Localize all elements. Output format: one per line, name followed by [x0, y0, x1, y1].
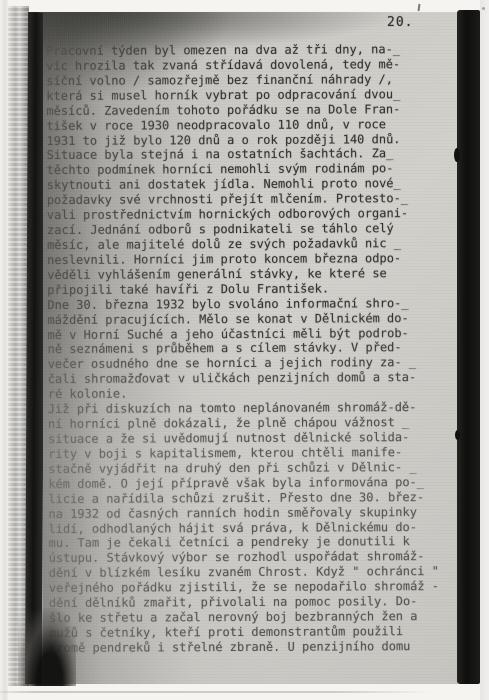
scan-left-edge — [0, 0, 8, 700]
text-line-4: která si musel horník vybrat po odpracov… — [46, 87, 450, 104]
page-surface: 20. Pracovní týden byl omezen na dva až … — [43, 12, 458, 684]
scan-artifact-tick — [418, 4, 421, 11]
page-number: 20. — [387, 15, 413, 30]
text-line-29: stačně vyjádřit na druhý den při schůzi … — [48, 460, 452, 477]
left-black-band — [25, 12, 45, 684]
text-line-19: máždění pracujících. Mělo se konat v Děl… — [47, 310, 451, 327]
scanned-document-page: 20. Pracovní týden byl omezen na dva až … — [0, 0, 489, 700]
text-line-23: čali shromažďovat v uličkách penzijních … — [48, 370, 452, 387]
text-line-31: licie a nařídila schůzi zrušit. Přesto d… — [48, 490, 452, 507]
scan-artifact-speck — [482, 7, 485, 10]
text-line-32: na 1932 od časných ranních hodin směřova… — [48, 504, 452, 521]
scan-right-edge — [480, 0, 489, 700]
text-line-15: neslevnili. Horníci jim proto koncem bře… — [47, 251, 451, 268]
scan-artifact-line — [0, 691, 432, 693]
text-line-41: kromě pendreků i střelné zbraně. U penzi… — [49, 639, 453, 656]
text-line-5: měsíců. Zavedením tohoto pořádku se na D… — [46, 102, 450, 119]
text-line-30: kém domě. O její přípravě však byla info… — [48, 475, 452, 492]
right-black-band — [457, 10, 480, 684]
typewritten-text-block: Pracovní týden byl omezen na dva až tři … — [46, 42, 453, 656]
text-line-18: Dne 30. března 1932 bylo svoláno informa… — [47, 296, 451, 313]
